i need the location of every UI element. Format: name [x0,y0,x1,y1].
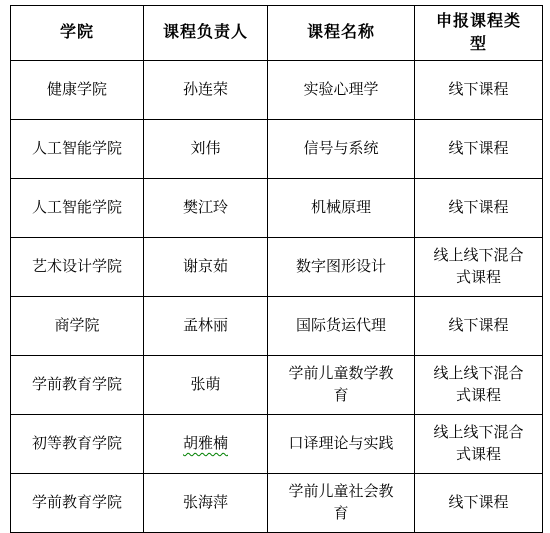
course-text: 学前儿童数学教育 [288,365,393,404]
table-row: 健康学院孙连荣实验心理学线下课程 [11,61,543,120]
cell-leader: 谢京茹 [144,238,268,297]
table-row: 学前教育学院张萌学前儿童数学教育线上线下混合式课程 [11,356,543,415]
college-text: 人工智能学院 [32,199,122,216]
cell-college: 健康学院 [11,61,144,120]
header-cell-college: 学院 [11,6,144,61]
college-text: 学前教育学院 [32,494,122,511]
type-text: 线下课程 [448,317,508,334]
table-header-row: 学院 课程负责人 课程名称 申报课程类型 [11,6,543,61]
college-text: 商学院 [54,317,99,334]
type-text: 线下课程 [448,140,508,157]
document-page: 学院 课程负责人 课程名称 申报课程类型 健康学院孙连荣实验心理学线下课程人工智… [10,5,543,522]
cell-type: 线下课程 [415,297,543,356]
type-text: 线下课程 [448,494,508,511]
table-row: 初等教育学院胡雅楠口译理论与实践线上线下混合式课程 [11,415,543,474]
college-text: 初等教育学院 [32,435,122,452]
type-text: 线上线下混合式课程 [433,247,523,286]
course-application-table: 学院 课程负责人 课程名称 申报课程类型 健康学院孙连荣实验心理学线下课程人工智… [10,5,543,522]
leader-name-text: 孙连荣 [183,81,228,98]
cell-leader: 刘伟 [144,120,268,179]
cell-leader: 孟林丽 [144,297,268,356]
cell-course: 数字图形设计 [268,238,415,297]
cell-type: 线下课程 [415,61,543,120]
table-row: 商学院孟林丽国际货运代理线下课程 [11,297,543,356]
course-text: 信号与系统 [303,140,378,157]
leader-name-text-spellcheck: 胡雅楠 [183,435,228,452]
cell-leader: 胡雅楠 [144,415,268,474]
type-text: 线下课程 [448,199,508,216]
header-cell-course: 课程名称 [268,6,415,61]
college-text: 人工智能学院 [32,140,122,157]
college-text: 艺术设计学院 [32,258,122,275]
cell-course: 口译理论与实践 [268,415,415,474]
leader-name-text: 张萌 [190,376,220,393]
type-text: 线下课程 [448,81,508,98]
cell-college: 人工智能学院 [11,120,144,179]
cell-type: 线下课程 [415,120,543,179]
leader-name-text: 刘伟 [190,140,220,157]
header-cell-leader: 课程负责人 [144,6,268,61]
type-text: 线上线下混合式课程 [433,424,523,463]
table-body: 健康学院孙连荣实验心理学线下课程人工智能学院刘伟信号与系统线下课程人工智能学院樊… [11,61,543,523]
cell-course: 机械原理 [268,179,415,238]
cell-type: 线上线下混合式课程 [415,415,543,474]
college-text: 健康学院 [47,81,107,98]
leader-name-text: 孟林丽 [183,317,228,334]
type-text: 线上线下混合式课程 [433,365,523,404]
header-cell-type: 申报课程类型 [415,6,543,61]
course-text: 学前儿童社会教育 [288,483,393,522]
cell-college: 人工智能学院 [11,179,144,238]
cell-leader: 张萌 [144,356,268,415]
cell-course: 信号与系统 [268,120,415,179]
table-row: 人工智能学院樊江玲机械原理线下课程 [11,179,543,238]
leader-name-text: 谢京茹 [183,258,228,275]
course-text: 口译理论与实践 [288,435,393,452]
table-row: 艺术设计学院谢京茹数字图形设计线上线下混合式课程 [11,238,543,297]
cell-type: 线上线下混合式课程 [415,238,543,297]
cell-type: 线上线下混合式课程 [415,356,543,415]
course-text: 实验心理学 [303,81,378,98]
cell-type: 线下课程 [415,474,543,523]
cell-college: 学前教育学院 [11,356,144,415]
cell-college: 初等教育学院 [11,415,144,474]
course-text: 数字图形设计 [296,258,386,275]
cell-course: 学前儿童数学教育 [268,356,415,415]
cell-college: 商学院 [11,297,144,356]
college-text: 学前教育学院 [32,376,122,393]
cell-type: 线下课程 [415,179,543,238]
table-row: 学前教育学院张海萍学前儿童社会教育线下课程 [11,474,543,523]
cell-leader: 孙连荣 [144,61,268,120]
cell-college: 艺术设计学院 [11,238,144,297]
cell-course: 国际货运代理 [268,297,415,356]
course-text: 机械原理 [311,199,371,216]
cell-course: 学前儿童社会教育 [268,474,415,523]
cell-course: 实验心理学 [268,61,415,120]
cell-college: 学前教育学院 [11,474,144,523]
leader-name-text: 樊江玲 [183,199,228,216]
course-text: 国际货运代理 [296,317,386,334]
leader-name-text: 张海萍 [183,494,228,511]
table-row: 人工智能学院刘伟信号与系统线下课程 [11,120,543,179]
cell-leader: 樊江玲 [144,179,268,238]
cell-leader: 张海萍 [144,474,268,523]
